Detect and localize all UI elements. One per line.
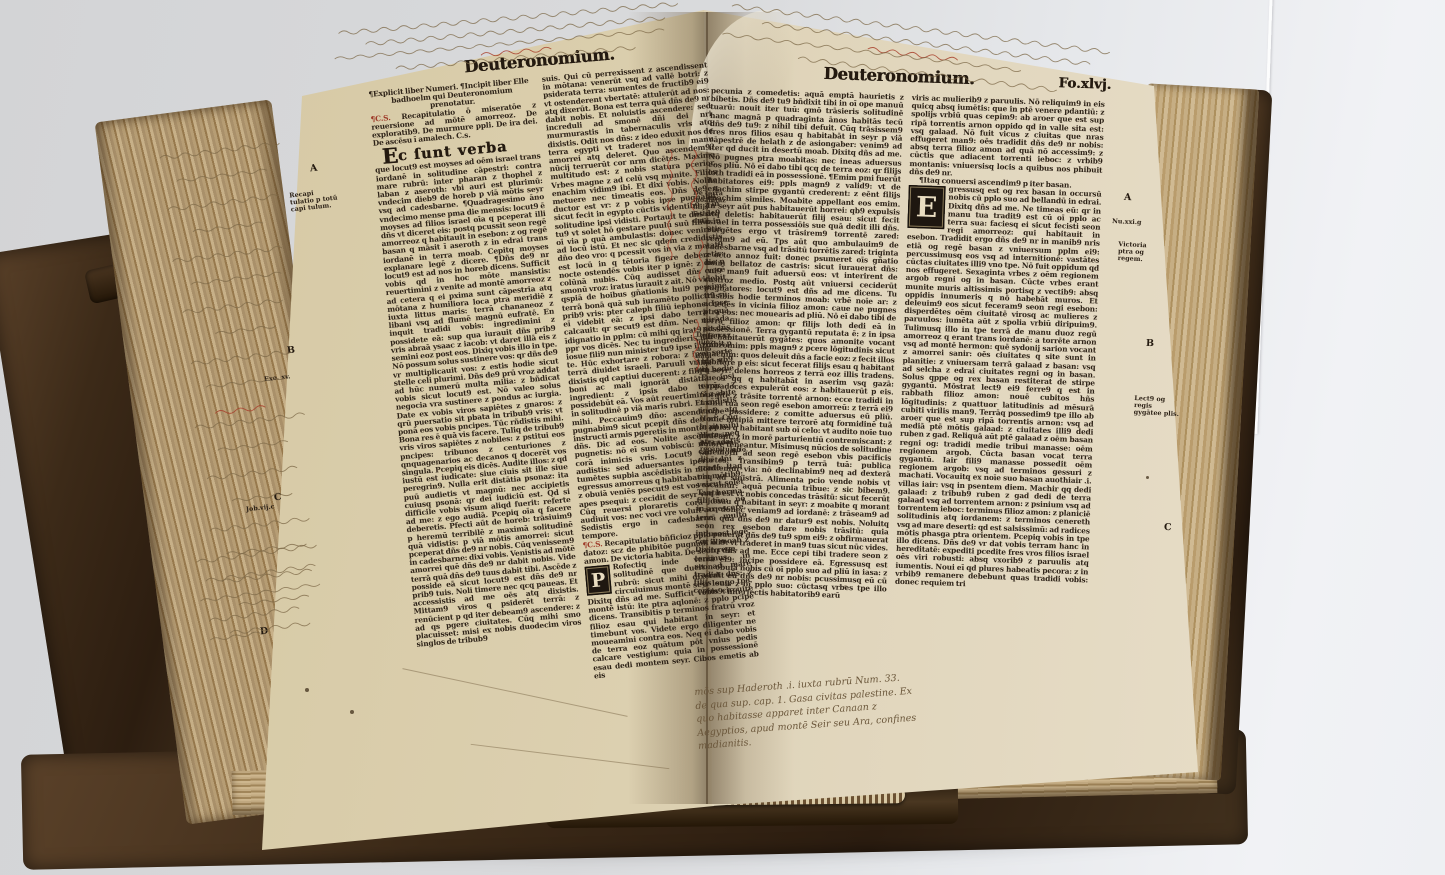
wormhole-dot [305, 688, 309, 692]
body-text: Egressusq est og rex basan in occursū no… [895, 184, 1102, 592]
handwritten-note-bottom-left [190, 530, 352, 650]
red-bracket-left-column [660, 146, 676, 276]
section-letter-a: A [309, 163, 317, 175]
wormhole-dot [350, 710, 354, 714]
right-column-2: viris ac mulierib9 z paruulis. Nō reliqu… [888, 94, 1105, 778]
right-column-1: pecunia z comedetis: aquā emptā haurieti… [691, 87, 904, 681]
photo-antique-book: Deuteronomium. ¶Explicit liber Numeri. ¶… [0, 0, 1445, 875]
decorative-initial-e: E [907, 185, 945, 229]
section-letter-b: B [1146, 338, 1155, 349]
section-letter-a: A [1124, 192, 1132, 203]
red-pen-marks-gutter [681, 148, 711, 448]
decorative-initial-p: P [585, 565, 612, 596]
heading-initial-letter: E [381, 147, 398, 165]
section-letter-c: C [1164, 522, 1172, 533]
body-text: viris ac mulierib9 z paruulis. Nō reliqu… [909, 94, 1105, 183]
margin-note-lectus-og: Lect9 og regis gygātee plis. [1134, 395, 1181, 418]
margin-note-victoria-og: Victoria ptra og regem. [1118, 241, 1163, 264]
wormhole-dot [1146, 476, 1149, 479]
